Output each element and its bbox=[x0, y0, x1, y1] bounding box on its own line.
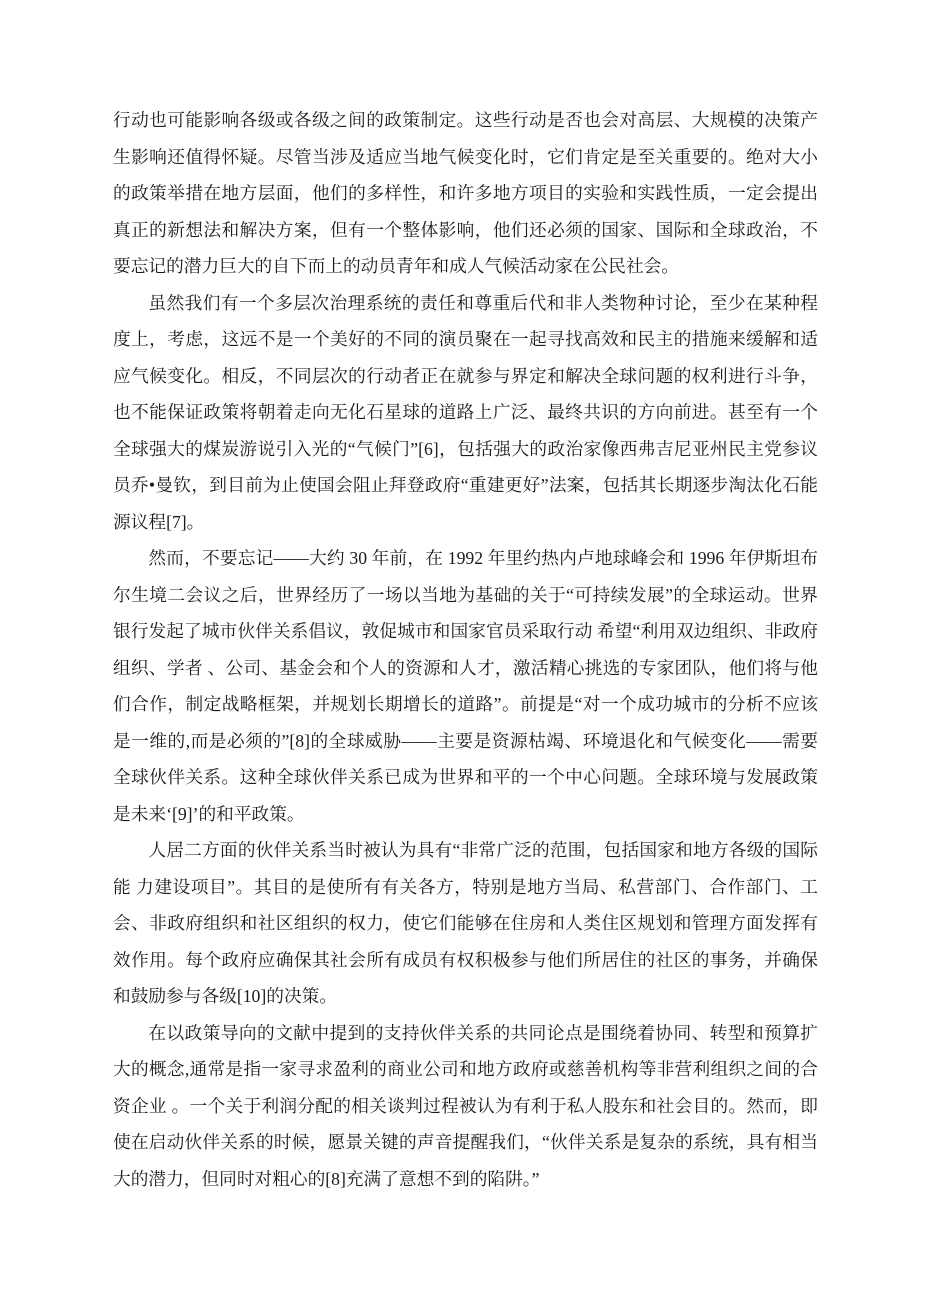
document-content: 行动也可能影响各级或各级之间的政策制定。这些行动是否也会对高层、大规模的决策产生… bbox=[113, 102, 818, 1197]
paragraph-2: 虽然我们有一个多层次治理系统的责任和尊重后代和非人类物种讨论，至少在某种程度上，… bbox=[113, 285, 818, 541]
paragraph-3: 然而，不要忘记——大约 30 年前，在 1992 年里约热内卢地球峰会和 199… bbox=[113, 540, 818, 832]
paragraph-4: 人居二方面的伙伴关系当时被认为具有“非常广泛的范围，包括国家和地方各级的国际能 … bbox=[113, 832, 818, 1015]
paragraph-5: 在以政策导向的文献中提到的支持伙伴关系的共同论点是围绕着协同、转型和预算扩大的概… bbox=[113, 1015, 818, 1198]
document-page: 行动也可能影响各级或各级之间的政策制定。这些行动是否也会对高层、大规模的决策产生… bbox=[0, 0, 926, 1309]
paragraph-1: 行动也可能影响各级或各级之间的政策制定。这些行动是否也会对高层、大规模的决策产生… bbox=[113, 102, 818, 285]
